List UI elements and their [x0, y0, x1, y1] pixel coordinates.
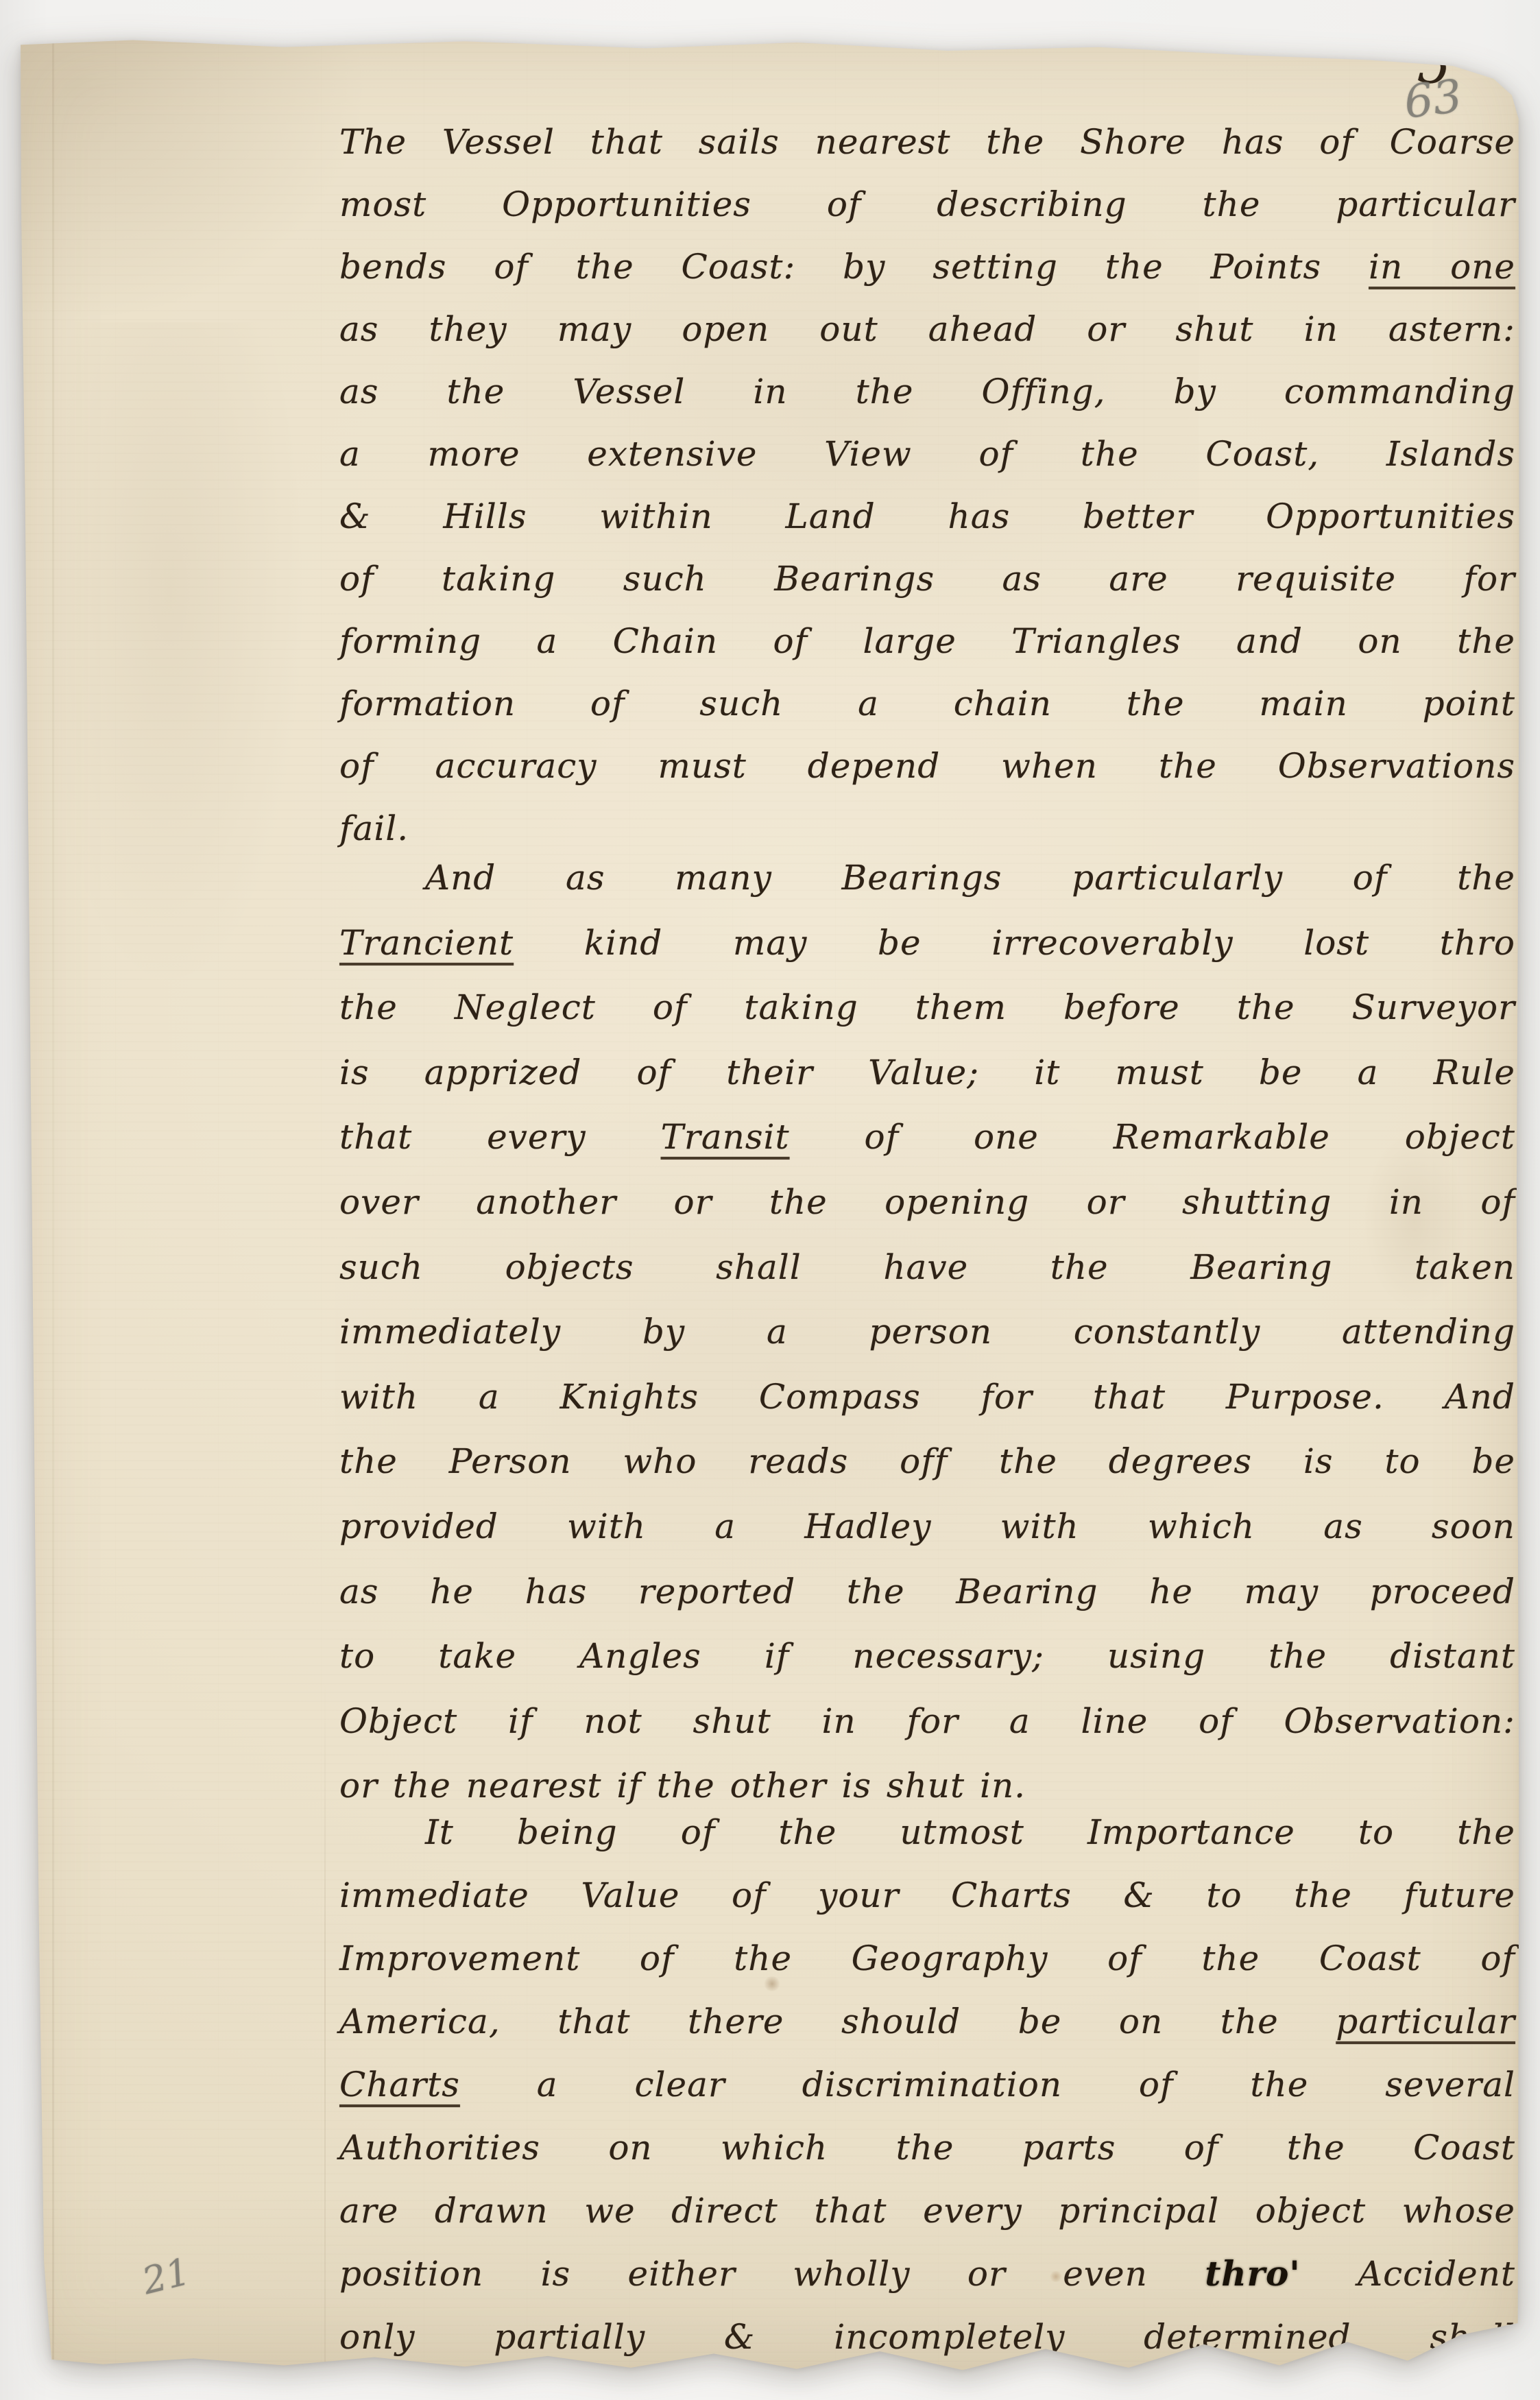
underlined-word: Trancient — [339, 923, 514, 963]
text-segment: provided with a Hadley with which as soo… — [339, 1507, 1515, 1546]
manuscript-paragraph: The Vessel that sails nearest the Shore … — [339, 111, 1515, 860]
text-segment: forming a Chain of large Triangles and o… — [339, 621, 1515, 661]
text-segment: most Opportunities of describing the par… — [339, 184, 1515, 224]
manuscript-line: of taking such Bearings as are requisite… — [339, 548, 1515, 610]
text-segment: Object if not shut in for a line of Obse… — [339, 1701, 1515, 1741]
text-segment: The Vessel that sails nearest the Shore … — [339, 122, 1515, 162]
text-segment: as the Vessel in the Offing, by commandi… — [339, 372, 1515, 411]
manuscript-line: as the Vessel in the Offing, by commandi… — [339, 361, 1515, 423]
manuscript-line: the Neglect of taking them before the Su… — [339, 975, 1515, 1040]
manuscript-line: America, that there should be on the par… — [339, 1990, 1515, 2053]
manuscript-line: Trancient kind may be irrecoverably lost… — [339, 911, 1515, 976]
manuscript-text: The Vessel that sails nearest the Shore … — [12, 34, 1521, 2379]
underlined-word: particular — [1336, 2002, 1515, 2041]
text-segment: of taking such Bearings as are requisite… — [339, 559, 1515, 599]
manuscript-line: It being of the utmost Importance to the — [339, 1801, 1515, 1864]
manuscript-line: immediately by a person constantly atten… — [339, 1299, 1515, 1365]
manuscript-line: Object if not shut in for a line of Obse… — [339, 1689, 1515, 1754]
text-segment: are drawn we direct that every principal… — [339, 2191, 1515, 2231]
manuscript-line: The Vessel that sails nearest the Shore … — [339, 111, 1515, 173]
manuscript-page: 5 63 21 The Vessel that sails nearest th… — [12, 34, 1521, 2379]
manuscript-line: forming a Chain of large Triangles and o… — [339, 610, 1515, 673]
text-segment: position is either wholly or even — [339, 2254, 1205, 2294]
overwritten-word: thro' — [1205, 2253, 1300, 2294]
manuscript-line: that every Transit of one Remarkable obj… — [339, 1105, 1515, 1170]
text-segment: of one Remarkable object — [790, 1117, 1515, 1157]
manuscript-line: Charts a clear discrimination of the sev… — [339, 2053, 1515, 2116]
manuscript-line: with a Knights Compass for that Purpose.… — [339, 1365, 1515, 1430]
underlined-word: Charts — [339, 2065, 460, 2104]
text-segment: is apprized of their Value; it must be a… — [339, 1053, 1515, 1092]
text-segment: with a Knights Compass for that Purpose.… — [339, 1377, 1515, 1417]
photo-backdrop: 5 63 21 The Vessel that sails nearest th… — [0, 0, 1540, 2400]
text-segment: fail. — [339, 808, 409, 848]
manuscript-line: formation of such a chain the main point — [339, 673, 1515, 735]
text-segment: Improvement of the Geography of the Coas… — [339, 1939, 1515, 1978]
text-segment: It being of the utmost Importance to the — [425, 1812, 1515, 1852]
paper-sheet: 5 63 21 The Vessel that sails nearest th… — [12, 34, 1521, 2379]
manuscript-line: the Person who reads off the degrees is … — [339, 1429, 1515, 1494]
text-segment: over another or the opening or shutting … — [339, 1182, 1515, 1222]
manuscript-line: to take Angles if necessary; using the d… — [339, 1624, 1515, 1689]
manuscript-line: provided with a Hadley with which as soo… — [339, 1494, 1515, 1559]
manuscript-line: position is either wholly or even thro' … — [339, 2242, 1515, 2305]
text-segment: such objects shall have the Bearing take… — [339, 1247, 1515, 1287]
text-segment: formation of such a chain the main point — [339, 684, 1515, 723]
text-segment: to take Angles if necessary; using the d… — [339, 1636, 1515, 1676]
text-segment: Accident — [1301, 2254, 1515, 2294]
text-segment: the Neglect of taking them before the Su… — [339, 987, 1515, 1027]
text-segment: that every — [339, 1117, 661, 1157]
manuscript-line: And as many Bearings particularly of the — [339, 845, 1515, 911]
manuscript-paragraph: And as many Bearings particularly of the… — [339, 845, 1515, 1819]
text-segment: Authorities on which the parts of the Co… — [339, 2128, 1515, 2168]
manuscript-line: a more extensive View of the Coast, Isla… — [339, 423, 1515, 485]
text-segment: of accuracy must depend when the Observa… — [339, 746, 1515, 786]
text-segment: a clear discrimination of the several — [460, 2065, 1515, 2104]
manuscript-line: immediate Value of your Charts & to the … — [339, 1864, 1515, 1927]
manuscript-line: Improvement of the Geography of the Coas… — [339, 1927, 1515, 1990]
text-segment: as he has reported the Bearing he may pr… — [339, 1572, 1515, 1611]
manuscript-line: is apprized of their Value; it must be a… — [339, 1040, 1515, 1105]
manuscript-line: such objects shall have the Bearing take… — [339, 1235, 1515, 1300]
underlined-word: in one — [1369, 247, 1515, 287]
text-segment: a more extensive View of the Coast, Isla… — [339, 434, 1515, 474]
underlined-word: Transit — [661, 1117, 790, 1157]
text-segment: only partially & incompletely determined… — [339, 2317, 1515, 2357]
text-segment: bends of the Coast: by setting the Point… — [339, 247, 1369, 287]
text-segment: & Hills within Land has better Opportuni… — [339, 496, 1515, 536]
manuscript-line: Authorities on which the parts of the Co… — [339, 2116, 1515, 2179]
manuscript-line: over another or the opening or shutting … — [339, 1170, 1515, 1235]
text-segment: And as many Bearings particularly of the — [425, 858, 1515, 898]
text-segment: America, that there should be on the — [339, 2002, 1336, 2041]
text-segment: kind may be irrecoverably lost thro — [514, 923, 1515, 963]
manuscript-line: bends of the Coast: by setting the Point… — [339, 236, 1515, 298]
manuscript-line: as he has reported the Bearing he may pr… — [339, 1559, 1515, 1624]
manuscript-line: most Opportunities of describing the par… — [339, 173, 1515, 236]
text-segment: immediately by a person constantly atten… — [339, 1312, 1515, 1352]
manuscript-line: are drawn we direct that every principal… — [339, 2179, 1515, 2242]
text-segment: or the nearest if the other is shut in. — [339, 1766, 1026, 1805]
text-segment: the Person who reads off the degrees is … — [339, 1441, 1515, 1481]
manuscript-line: only partially & incompletely determined… — [339, 2305, 1515, 2368]
text-segment: immediate Value of your Charts & to the … — [339, 1875, 1515, 1915]
manuscript-line: of accuracy must depend when the Observa… — [339, 735, 1515, 797]
text-segment: as they may open out ahead or shut in as… — [339, 309, 1515, 349]
manuscript-paragraph: It being of the utmost Importance to the… — [339, 1801, 1515, 2368]
manuscript-line: & Hills within Land has better Opportuni… — [339, 485, 1515, 548]
manuscript-line: as they may open out ahead or shut in as… — [339, 298, 1515, 361]
